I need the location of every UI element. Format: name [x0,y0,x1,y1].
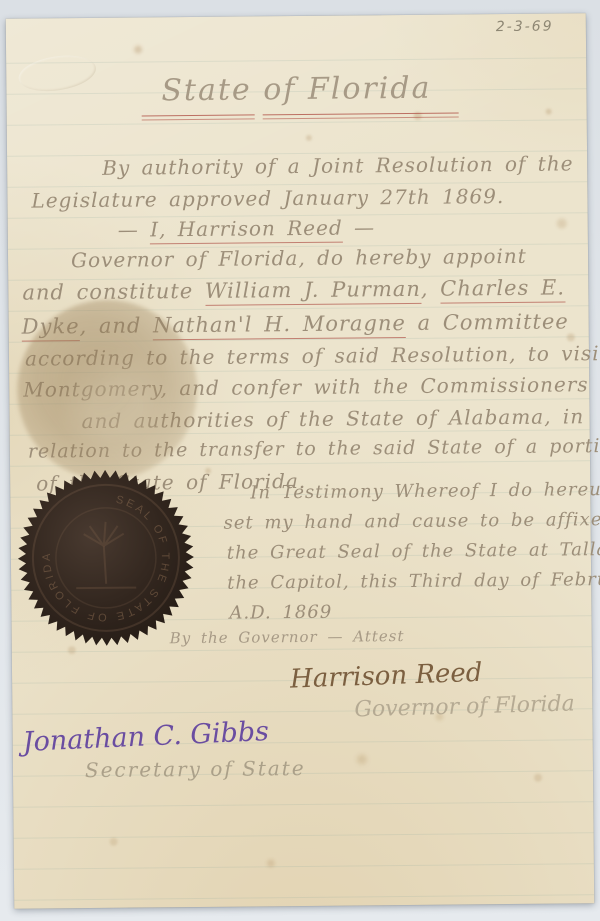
governor-title: Governor of Florida [354,691,575,722]
body-line-3: — I, Harrison Reed — [118,215,376,241]
secretary-signature: Jonathan C. Gibbs [22,716,270,758]
great-seal: SEAL OF THE STATE OF FLORIDA [17,469,195,647]
title-underline-right [263,112,459,119]
body-line-4: Governor of Florida, do hereby appoint [71,244,527,272]
document-title: State of Florida [6,69,586,110]
attest-line: By the Governor — Attest [170,627,405,647]
body-line-2: Legislature approved January 27th 1869. [31,184,504,213]
great-seal-svg: SEAL OF THE STATE OF FLORIDA [17,469,195,647]
foxing-spots [6,19,10,23]
testimony-line-5: A.D. 1869 [229,602,332,624]
testimony-line-4: the Capitol, this Third day of February [227,569,600,594]
document-page: 2-3-69 State of Florida By authority of … [6,13,595,909]
underlined-name: Charles E. [440,275,565,303]
secretary-title: Secretary of State [85,756,306,782]
body-line-1: By authority of a Joint Resolution of th… [102,151,574,180]
testimony-line-3: the Great Seal of the State at Tallahass… [227,538,600,563]
underlined-name: William J. Purman [205,277,421,306]
underlined-name: Nathan'l H. Moragne [153,311,406,340]
seal-offset-stain [16,299,198,481]
title-underline-left [142,114,255,120]
testimony-line-1: In Testimony Whereof I do hereunto [250,479,600,504]
testimony-line-2: set my hand and cause to be affixed [223,509,600,534]
date-annotation: 2-3-69 [496,19,554,36]
governor-signature: Harrison Reed [290,658,483,695]
underlined-name: I, Harrison Reed [150,216,343,245]
